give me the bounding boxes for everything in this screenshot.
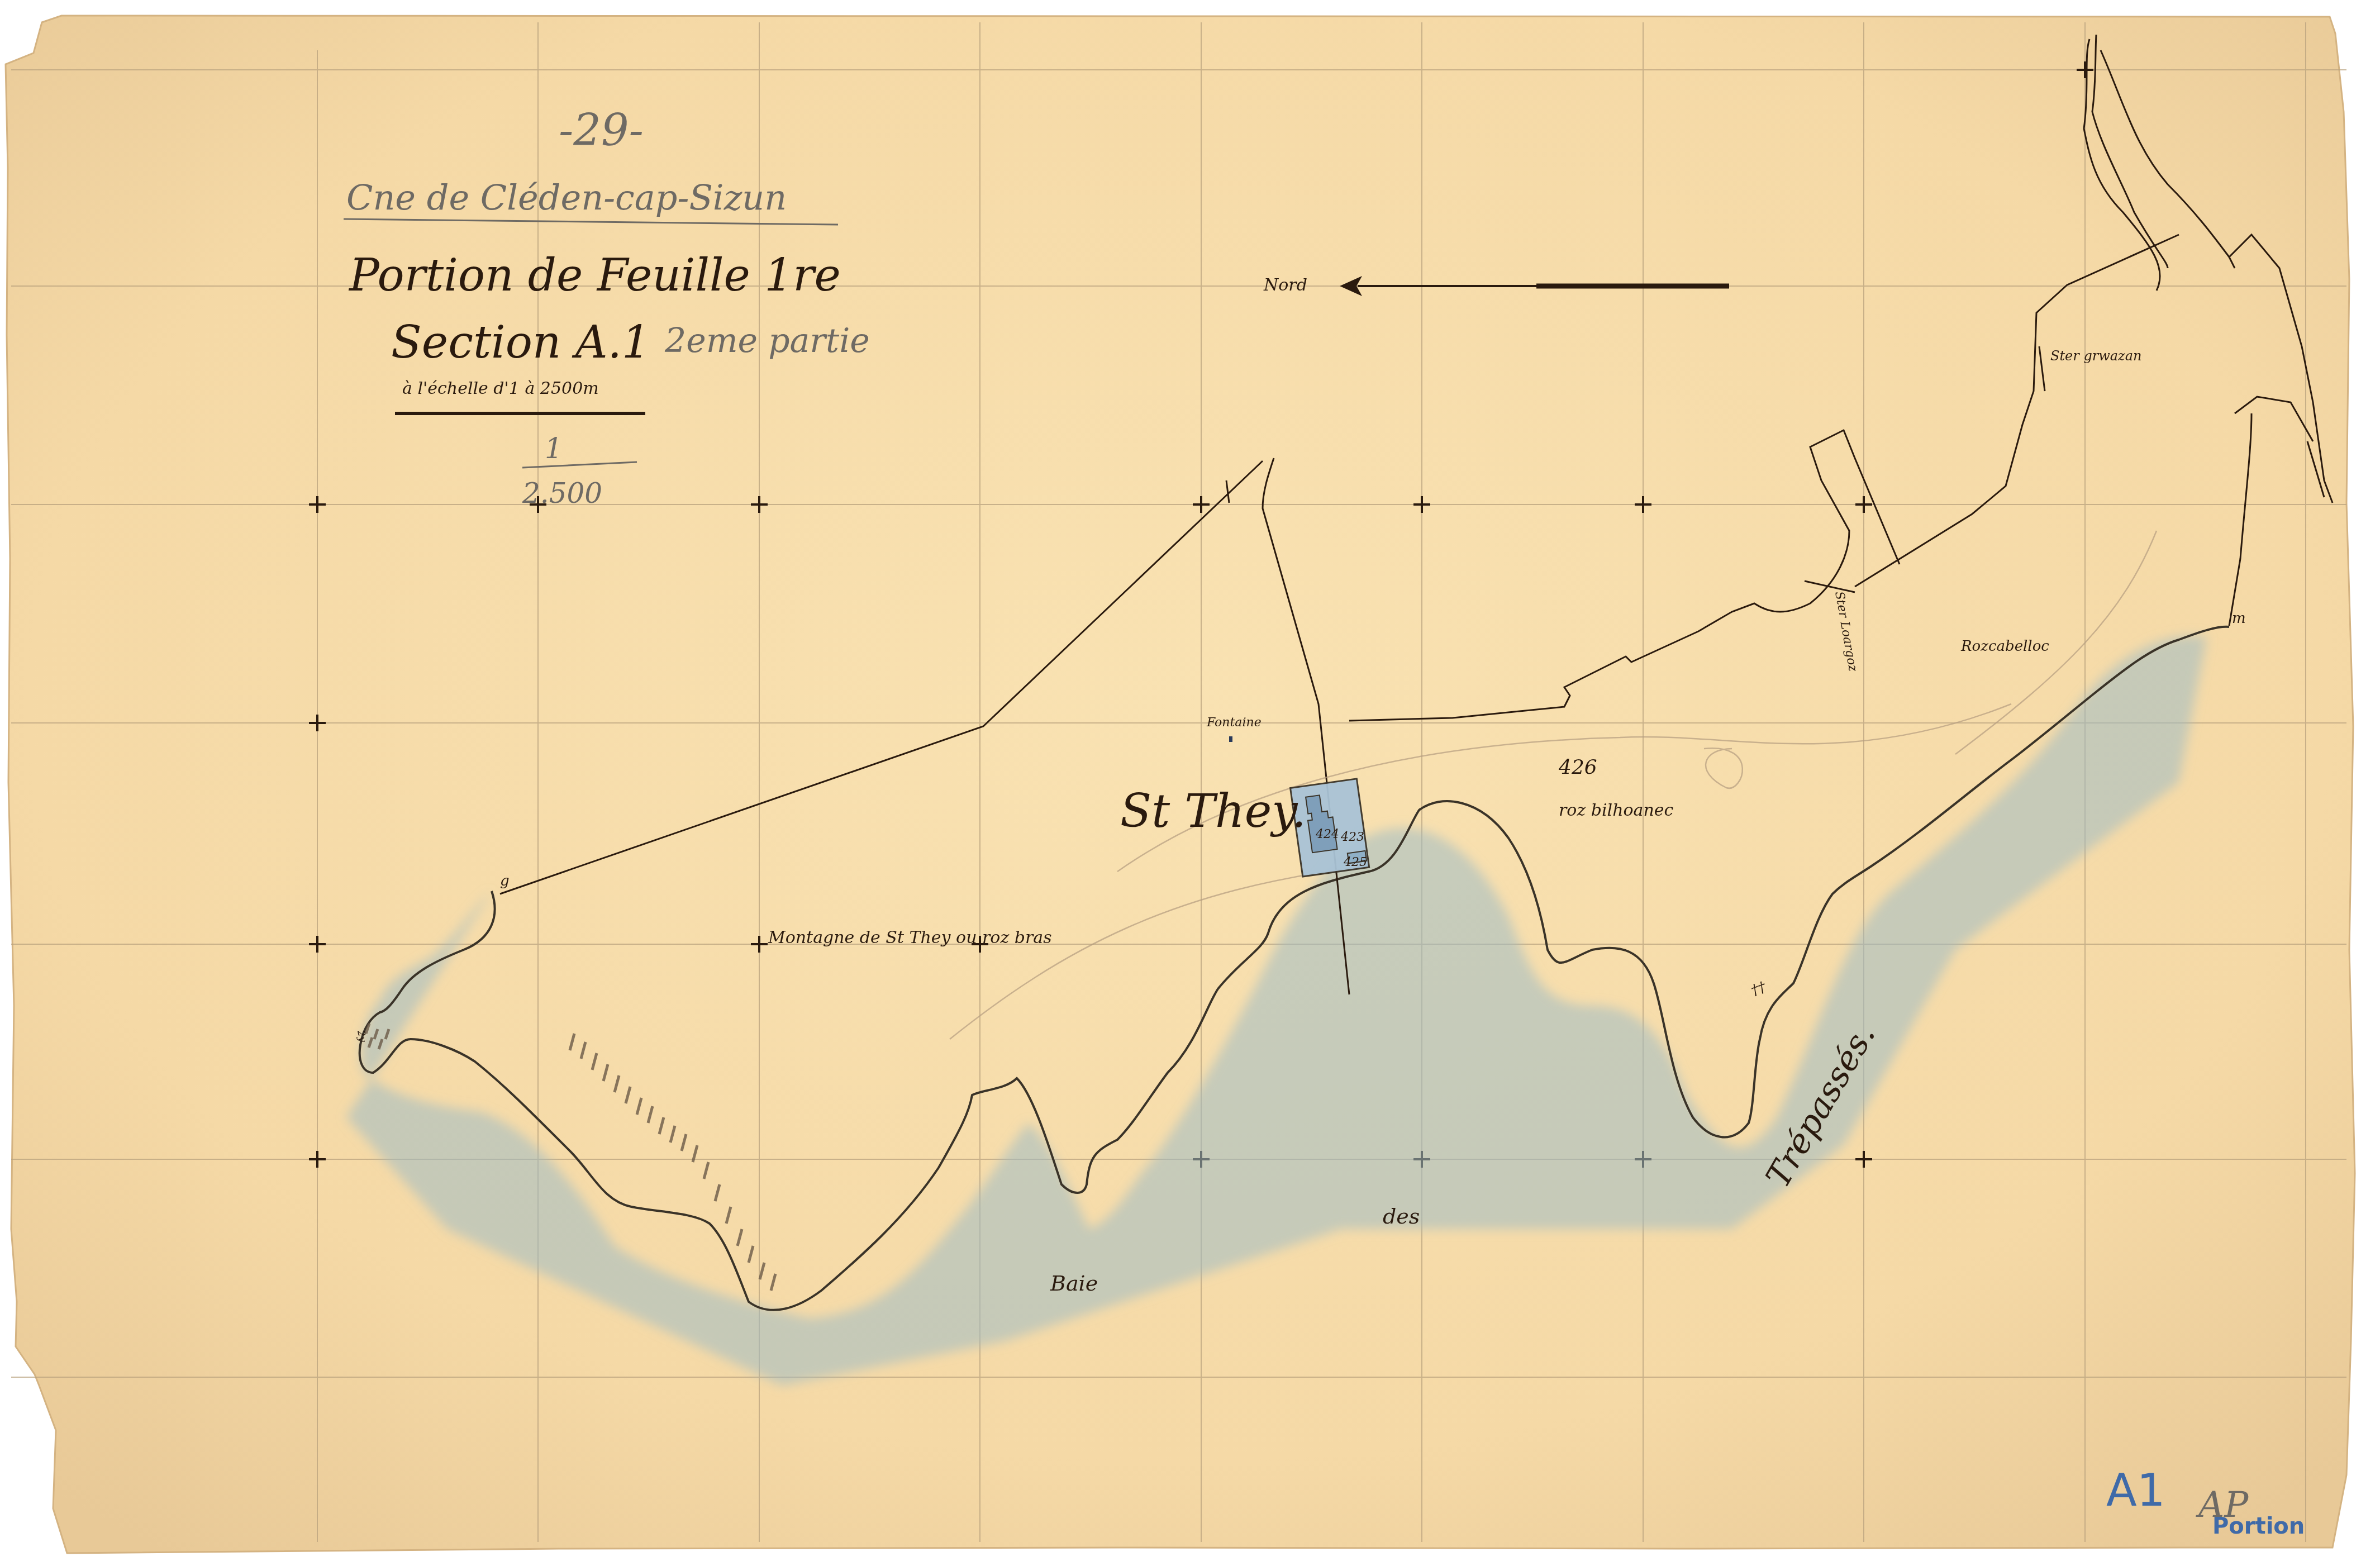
baie-label: Baie [1050,1271,1098,1296]
section-title: Section A.1 [391,316,650,368]
fontaine-label: Fontaine [1206,716,1262,730]
marker-m: m [2232,610,2246,627]
ster-grwazan-label: Ster grwazan [2050,348,2142,364]
paper-sheet [6,16,2355,1553]
marker-g: g [500,873,510,889]
section-part: 2eme partie [664,321,870,360]
parcel-425-label: 425 [1343,855,1367,869]
archive-mark-a1: A1 [2106,1464,2165,1516]
cadastral-map: 424 423 425 Nord -29- Cne de Cléden-cap-… [0,0,2380,1566]
commune-name: Cne de Cléden-cap-Sizun [346,177,787,218]
sheet-number: -29- [559,106,644,156]
scale-numerator: 1 [545,432,563,465]
parcel-426-label: 426 [1558,756,1597,779]
fountain-icon [1229,736,1232,742]
portion-stamp: Portion [2212,1513,2305,1539]
chapel-label: St They. [1120,785,1306,838]
rozcabelloc-label: Rozcabelloc [1960,638,2049,655]
parcel-424-label: 424 [1315,827,1339,841]
parcel-423-label: 423 [1340,830,1364,844]
marker-rocks: 2y [355,1029,369,1044]
scale-text: à l'échelle d'1 à 2500m [402,379,599,398]
scale-denominator: 2.500 [522,477,602,510]
montagne-label: Montagne de St They ou roz bras [768,928,1052,948]
roz-bilhoanec-label: roz bilhoanec [1559,801,1673,820]
north-label: Nord [1263,275,1307,295]
des-label: des [1383,1204,1420,1229]
portion-title: Portion de Feuille 1re [348,249,841,301]
